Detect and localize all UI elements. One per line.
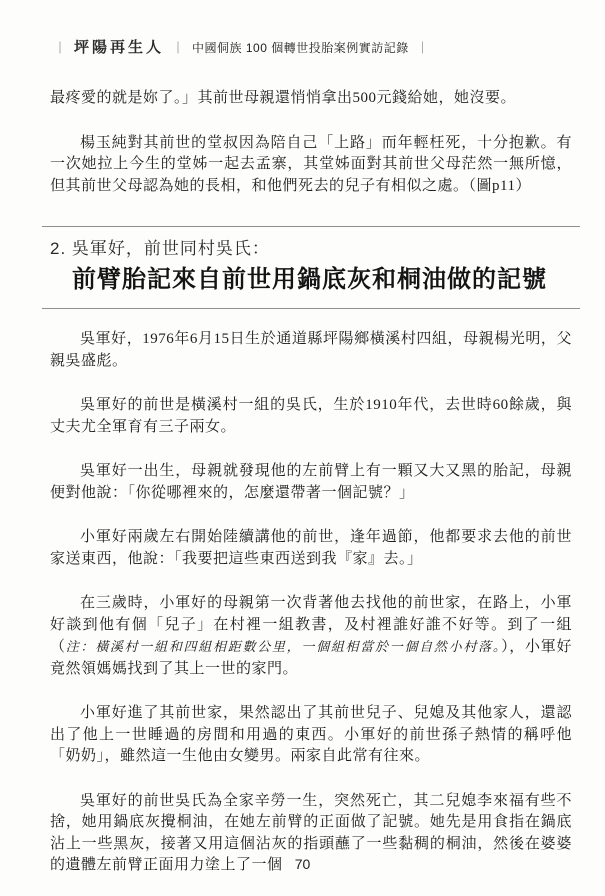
paragraph: 吳軍好的前世是橫溪村一組的吳氏，生於1910年代，去世時60餘歲，與丈夫尤全軍育… bbox=[50, 395, 572, 438]
paragraph: 小軍好兩歲左右開始陸續講他的前世，逢年過節，他都要求去他的前世家送東西，他說：「… bbox=[50, 527, 572, 570]
book-subtitle: 中國侗族 100 個轉世投胎案例實訪記錄 bbox=[192, 41, 409, 55]
paragraph-continuation: 最疼愛的就是妳了。」其前世母親還悄悄拿出500元錢給她，她沒要。 bbox=[50, 88, 572, 110]
header-separator: ｜ bbox=[417, 41, 429, 55]
heading-rule-bottom bbox=[42, 308, 580, 309]
heading-rule-top bbox=[42, 226, 580, 227]
page-footer: 70 bbox=[0, 856, 605, 872]
book-title: 坪陽再生人 bbox=[74, 40, 164, 56]
section-title: 前臂胎記來自前世用鍋底灰和桐油做的記號 bbox=[72, 263, 572, 296]
paragraph: 吳軍好，1976年6月15日生於通道縣坪陽鄉橫溪村四組，母親楊光明，父親吳盛彪。 bbox=[50, 329, 572, 372]
paragraph: 楊玉純對其前世的堂叔因為陪自己「上路」而年輕枉死，十分抱歉。有一次她拉上今生的堂… bbox=[50, 133, 572, 198]
page-body: 最疼愛的就是妳了。」其前世母親還悄悄拿出500元錢給她，她沒要。 楊玉純對其前世… bbox=[50, 88, 572, 896]
book-page: ｜ 坪陽再生人 ｜ 中國侗族 100 個轉世投胎案例實訪記錄 ｜ 最疼愛的就是妳… bbox=[0, 0, 605, 896]
section-number-line: 2. 吳軍好，前世同村吳氏： bbox=[50, 236, 572, 262]
paragraph-with-note: 在三歲時，小軍好的母親第一次背著他去找他的前世家，在路上，小軍好談到他有個「兒子… bbox=[50, 593, 572, 680]
header-separator: ｜ bbox=[54, 41, 66, 55]
paragraph: 吳軍好一出生，母親就發現他的左前臂上有一顆又大又黑的胎記，母親便對他說：「你從哪… bbox=[50, 461, 572, 504]
inline-editorial-note: 注：橫溪村一組和四組相距數公里，一個組相當於一個自然小村落。 bbox=[66, 639, 501, 654]
running-header: ｜ 坪陽再生人 ｜ 中國侗族 100 個轉世投胎案例實訪記錄 ｜ bbox=[50, 36, 570, 57]
section-heading: 2. 吳軍好，前世同村吳氏： 前臂胎記來自前世用鍋底灰和桐油做的記號 bbox=[50, 226, 572, 309]
header-separator: ｜ bbox=[172, 41, 184, 55]
page-number: 70 bbox=[295, 856, 311, 872]
paragraph: 小軍好進了其前世家，果然認出了其前世兒子、兒媳及其他家人，還認出了他上一世睡過的… bbox=[50, 703, 572, 768]
